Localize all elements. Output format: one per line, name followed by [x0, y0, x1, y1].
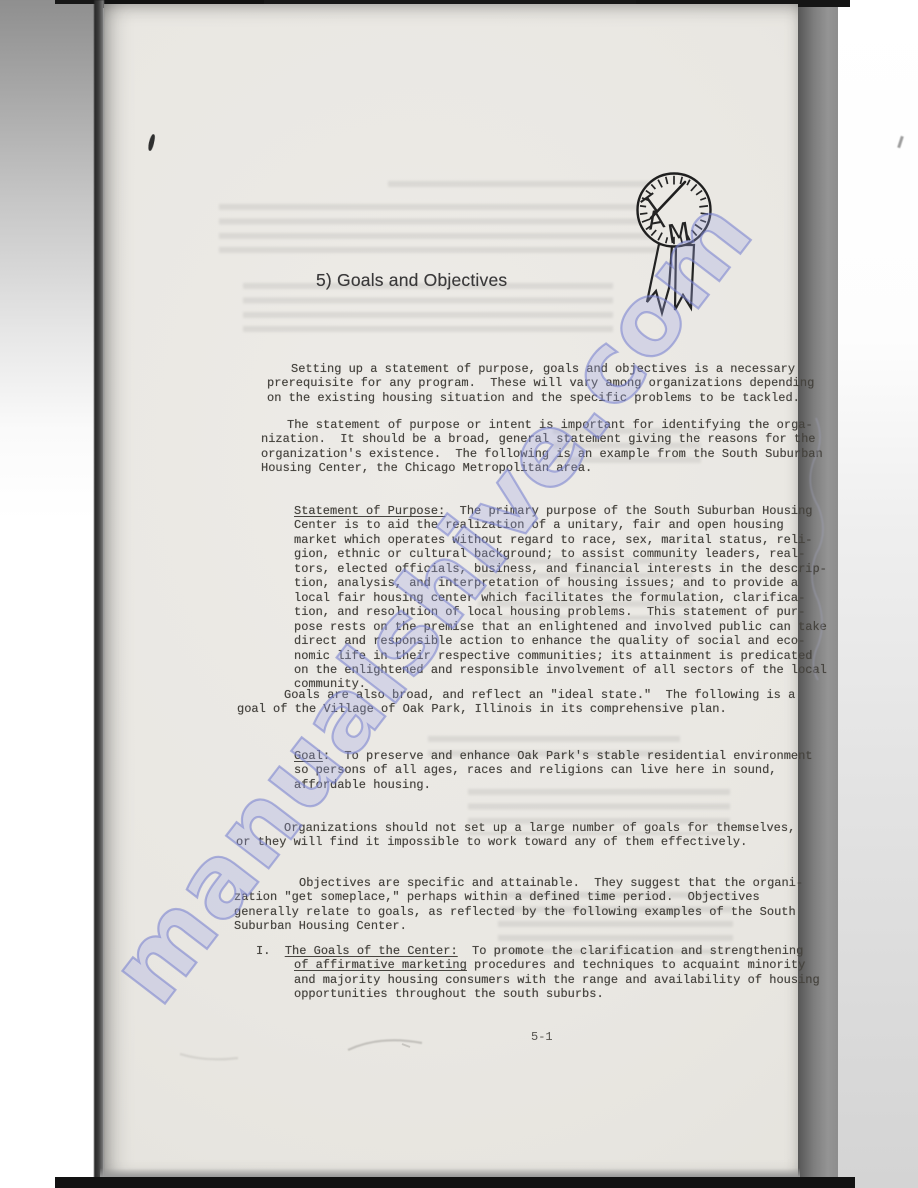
tam-ribbon-badge: T A M: [615, 162, 740, 322]
objectives-paragraph: Objectives are specific and attainable. …: [234, 876, 803, 934]
goal-item-1: I. The Goals of the Center: To promote t…: [256, 944, 820, 1002]
scan-bottom-border: [55, 1177, 855, 1188]
intro-paragraph: Setting up a statement of purpose, goals…: [267, 362, 814, 405]
goals-paragraph: Goals are also broad, and reflect an "id…: [237, 688, 795, 717]
organizations-paragraph: Organizations should not set up a large …: [236, 821, 795, 850]
purpose-intro-paragraph: The statement of purpose or intent is im…: [261, 418, 823, 476]
ribbon-tail-left: [647, 244, 672, 313]
badge-letter-m: M: [666, 217, 693, 250]
goal-block: Goal: To preserve and enhance Oak Park's…: [294, 749, 813, 792]
section-heading: 5) Goals and Objectives: [316, 270, 507, 291]
statement-of-purpose-block: Statement of Purpose: The primary purpos…: [294, 504, 827, 692]
bleedthrough-text: [219, 204, 661, 256]
pencil-marks: [150, 1030, 490, 1080]
page-number: 5-1: [531, 1030, 553, 1044]
scan-left-margin: [0, 0, 96, 1188]
scan-right-margin: [838, 0, 918, 1188]
margin-handwriting: [796, 408, 840, 688]
ribbon-tail-right: [675, 245, 694, 310]
page-bottom-shadow: [100, 1168, 800, 1177]
page-edge-line: [94, 0, 104, 1180]
